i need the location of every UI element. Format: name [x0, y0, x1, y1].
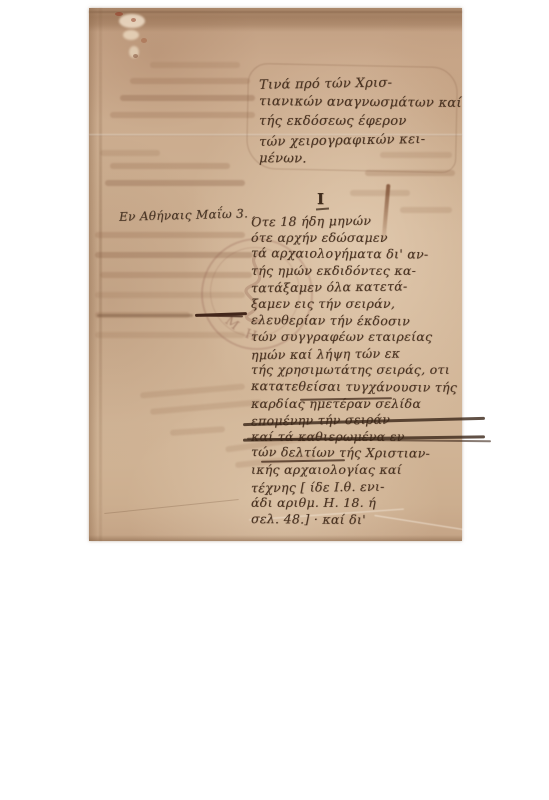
damage-spot — [141, 38, 147, 43]
damage-spot — [131, 18, 136, 22]
ink-scribble — [195, 311, 247, 318]
handwritten-line: κατατεθείσαι τυγχάνουσιν τής — [251, 378, 469, 396]
ghost-writing-line — [110, 163, 230, 169]
ghost-pencil-note-line — [170, 426, 225, 436]
handwritten-line: τής ημών εκδιδόντες κα- — [251, 263, 469, 280]
ghost-writing-line — [120, 95, 255, 101]
handwritten-line: τής εκδόσεως έφερον — [259, 112, 469, 131]
handwritten-line-struck: καί τά καθιερωμένα εν — [251, 429, 469, 446]
handwritten-line: ότε αρχήν εδώσαμεν — [251, 230, 469, 247]
handwritten-line: τέχνης [ ίδε Ι.θ. ενι- — [251, 477, 469, 496]
handwritten-line-struck: επομένην τήν σειράν — [251, 411, 469, 430]
ghost-writing-line — [350, 190, 410, 196]
ghost-pencil-note-line — [150, 399, 262, 415]
ghost-writing-line — [150, 62, 240, 68]
ghost-writing-line — [105, 180, 245, 186]
damage-spot — [115, 12, 123, 16]
scan-background: { "page": { "description": "Scanned hand… — [0, 0, 549, 800]
ghost-writing-line — [110, 112, 255, 118]
handwritten-line: ξαμεν εις τήν σειράν, — [251, 296, 469, 313]
handwritten-line: μένων. — [259, 149, 469, 170]
top-note-paragraph: Τινά πρό τών Χρισ- τιανικών αναγνωσμάτων… — [259, 74, 469, 169]
handwritten-line: τής χρησιμωτάτης σειράς, οτι — [251, 362, 469, 379]
section-heading-numeral: Ι — [317, 190, 324, 208]
heading-underline — [316, 208, 329, 211]
crease-line — [104, 499, 238, 514]
top-fold-edge — [89, 11, 462, 13]
handwritten-line: άδι αριθμ. Η. 18. ή — [251, 495, 469, 512]
ghost-writing-line — [130, 78, 250, 84]
manuscript-page: Μ Η Τινά πρό τών Χρισ- τιανικών αναγνωσμ… — [89, 8, 462, 541]
ghost-writing-line — [100, 150, 160, 156]
handwritten-line: τά αρχαιολογήματα δι' αν- — [251, 245, 469, 263]
ghost-pencil-note-line — [140, 383, 245, 398]
handwritten-line: Ότε 18 ήδη μηνών — [251, 212, 469, 231]
handwritten-line: τιανικών αναγνωσμάτων καί — [259, 92, 469, 113]
handwritten-line: ελευθερίαν τήν έκδοσιν — [251, 312, 469, 330]
left-edge-shading — [89, 8, 98, 541]
handwritten-line: σελ. 48.] · καί δι' — [251, 511, 469, 529]
handwritten-line: τών συγγραφέων εταιρείας — [251, 329, 469, 346]
body-paragraph: Ότε 18 ήδη μηνών ότε αρχήν εδώσαμεν τά α… — [251, 213, 469, 528]
margin-note: Εν Αθήναις Μαΐω 3. — [119, 206, 259, 224]
paper-bottom-shadow — [89, 535, 462, 541]
damage-spot — [133, 54, 138, 58]
damage-spot — [123, 30, 139, 40]
handwritten-line: τατάξαμεν όλα κατετά- — [251, 278, 469, 297]
handwritten-line: ημών καί λήψη τών εκ — [251, 344, 469, 363]
handwritten-line: ικής αρχαιολογίας καί — [251, 462, 469, 479]
